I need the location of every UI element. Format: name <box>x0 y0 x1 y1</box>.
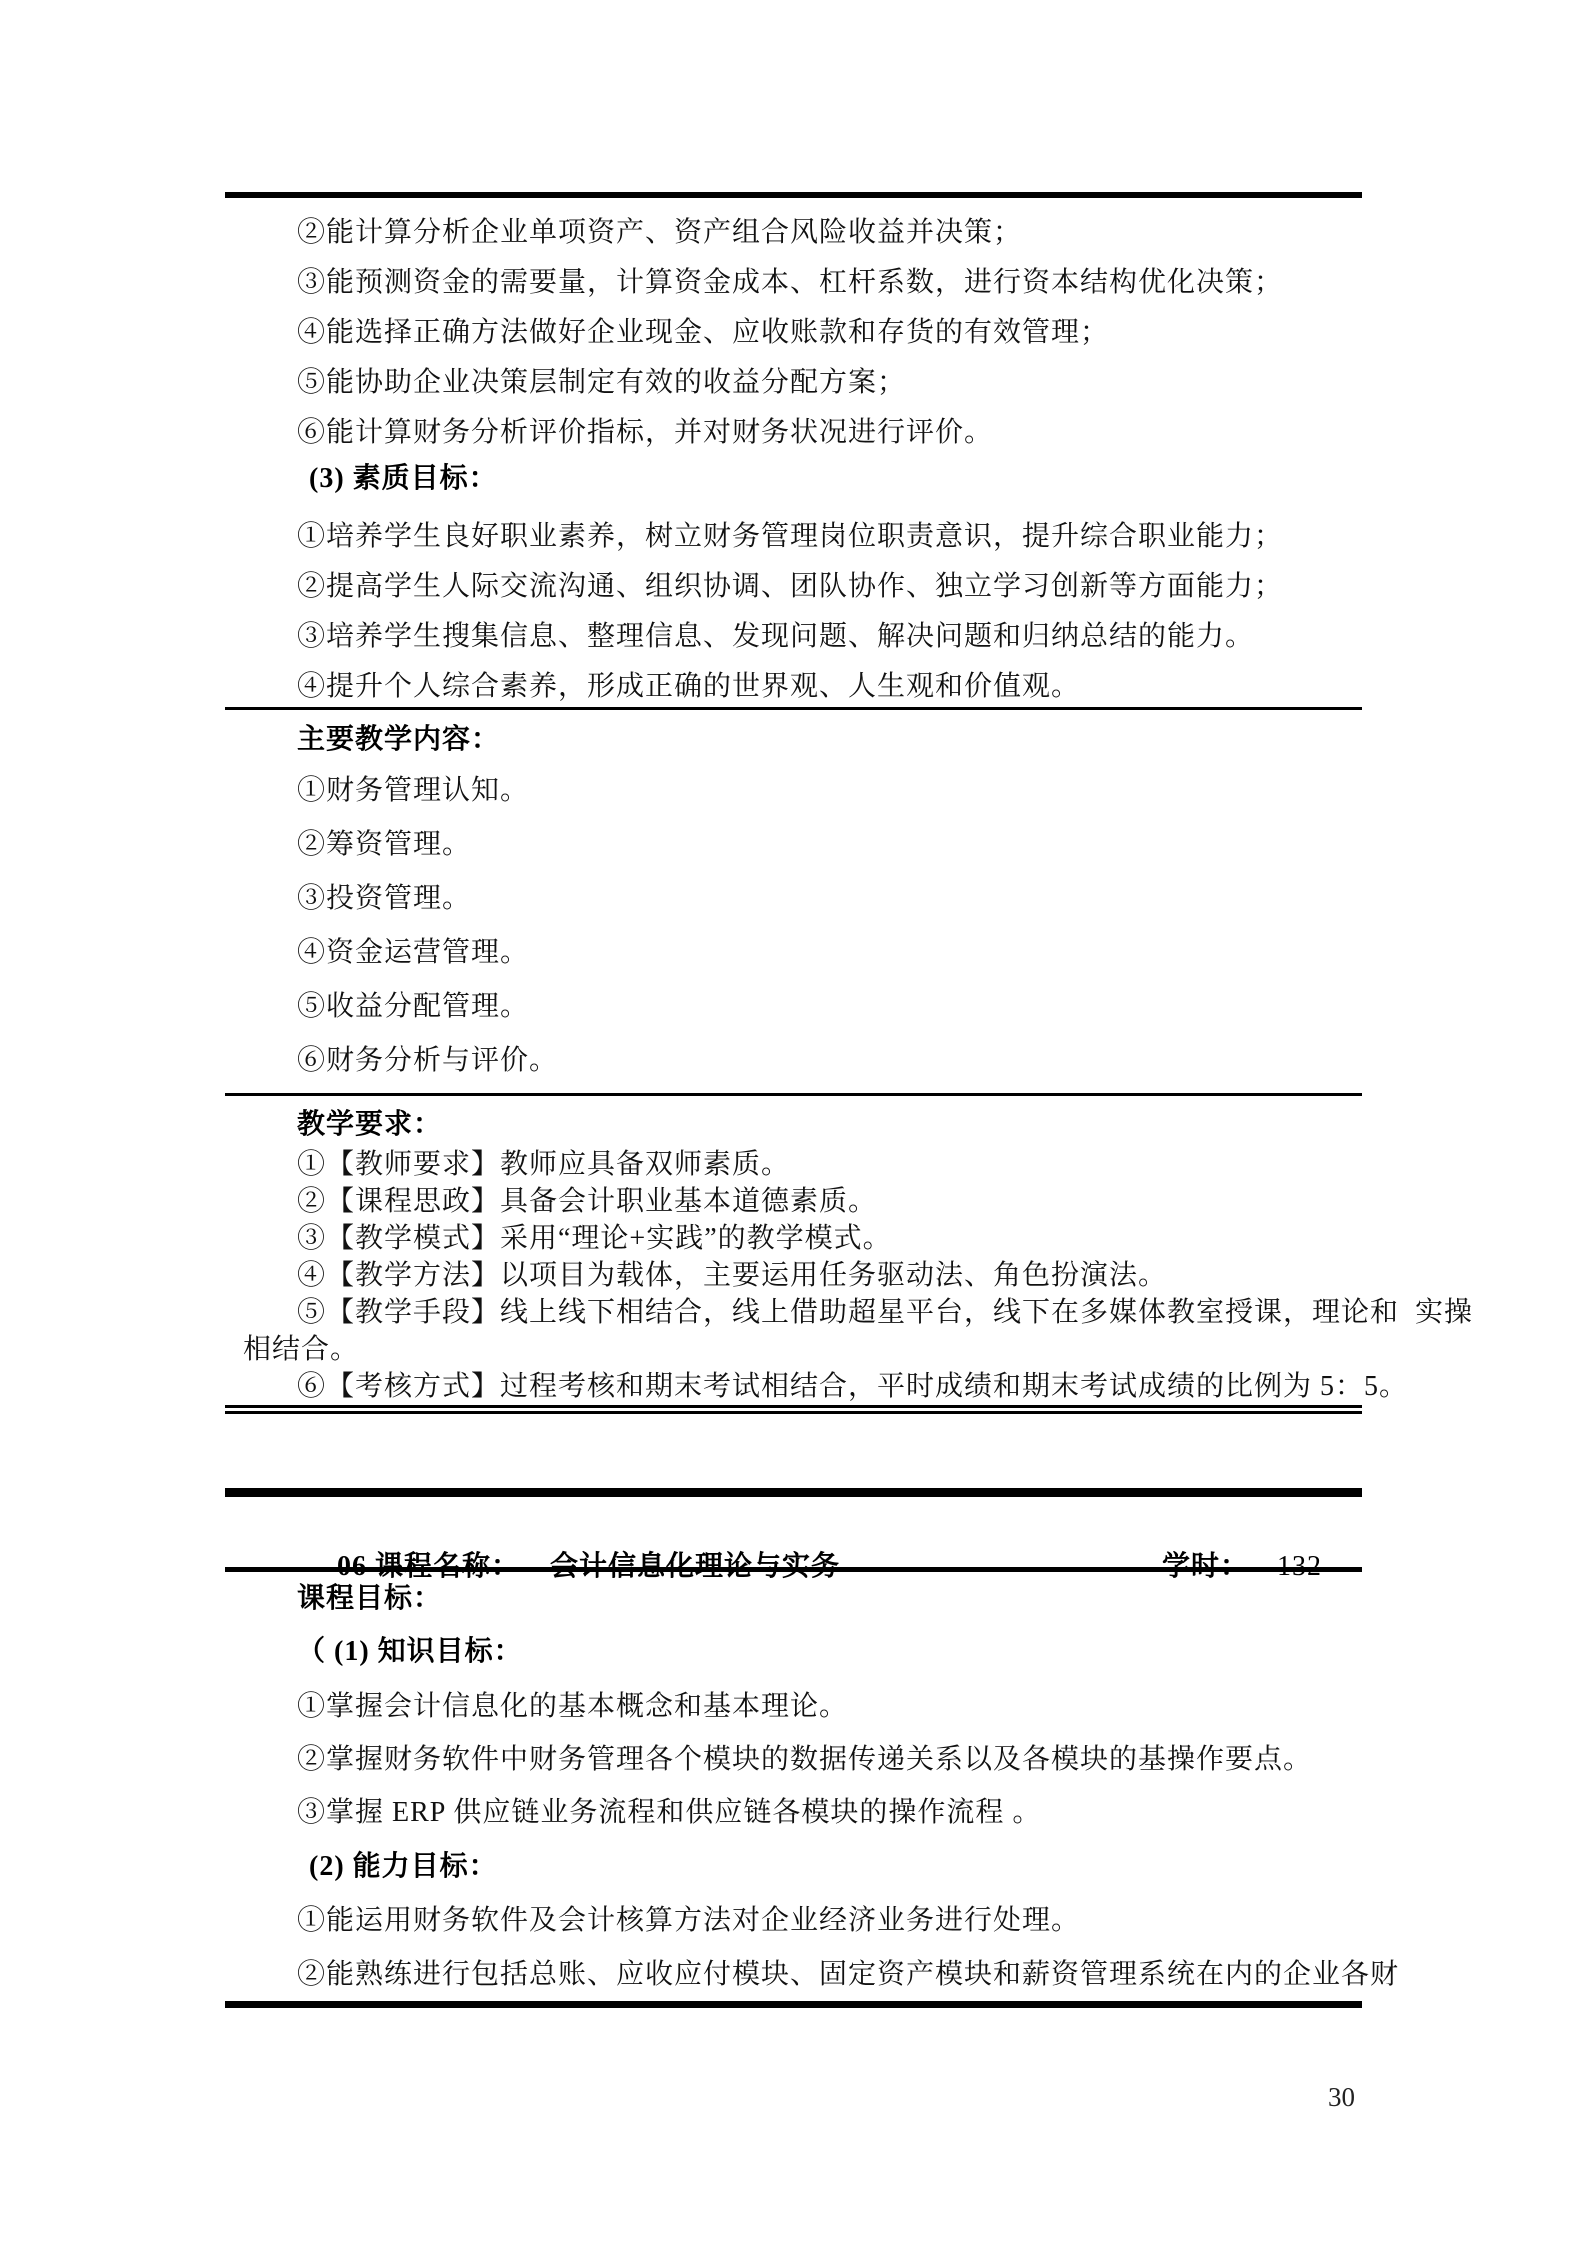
ability-goals-heading: (2) 能力目标： <box>225 1839 1362 1894</box>
course-goals-heading: 课程目标： <box>225 1574 1362 1624</box>
goal-line: ②掌握财务软件中财务管理各个模块的数据传递关系以及各模块的基操作要点。 <box>225 1733 1362 1786</box>
goal-line: ①培养学生良好职业素养，树立财务管理岗位职责意识，提升综合职业能力； <box>225 512 1362 562</box>
goal-line: ①掌握会计信息化的基本概念和基本理论。 <box>225 1680 1362 1733</box>
requirement-item: ④【教学方法】以项目为载体，主要运用任务驱动法、角色扮演法。 <box>225 1257 1362 1294</box>
content-item: ⑥财务分析与评价。 <box>225 1034 1362 1088</box>
content-item: ⑤收益分配管理。 <box>225 980 1362 1034</box>
document-page: ②能计算分析企业单项资产、资产组合风险收益并决策； ③能预测资金的需要量，计算资… <box>0 0 1588 2245</box>
goal-line: ③能预测资金的需要量，计算资金成本、杠杆系数，进行资本结构优化决策； <box>225 258 1362 308</box>
requirement-item: ②【课程思政】具备会计职业基本道德素质。 <box>225 1183 1362 1220</box>
goal-line: ③培养学生搜集信息、整理信息、发现问题、解决问题和归纳总结的能力。 <box>225 612 1362 662</box>
section-teaching-requirements: 教学要求： ①【教师要求】教师应具备双师素质。 ②【课程思政】具备会计职业基本道… <box>225 1093 1362 1414</box>
goal-line: ⑥能计算财务分析评价指标，并对财务状况进行评价。 <box>225 408 1362 458</box>
goal-line: ②能计算分析企业单项资产、资产组合风险收益并决策； <box>225 208 1362 258</box>
knowledge-goals-heading: （ (1) 知识目标： <box>225 1624 1362 1680</box>
goal-line: ①能运用财务软件及会计核算方法对企业经济业务进行处理。 <box>225 1894 1362 1948</box>
requirement-item: ①【教师要求】教师应具备双师素质。 <box>225 1146 1362 1183</box>
goal-line: ④提升个人综合素养，形成正确的世界观、人生观和价值观。 <box>225 662 1362 712</box>
teaching-requirements-heading: 教学要求： <box>225 1104 1362 1146</box>
goal-line: ③掌握 ERP 供应链业务流程和供应链各模块的操作流程 。 <box>225 1786 1362 1839</box>
content-item: ④资金运营管理。 <box>225 926 1362 980</box>
requirement-item: ③【教学模式】采用“理论+实践”的教学模式。 <box>225 1220 1362 1257</box>
goal-line: ②提高学生人际交流沟通、组织协调、团队协作、独立学习创新等方面能力； <box>225 562 1362 612</box>
content-item: ③投资管理。 <box>225 872 1362 926</box>
course-header-row: 06 课程名称：会计信息化理论与实务 学时：132 <box>225 1488 1362 1572</box>
content-item: ②筹资管理。 <box>225 818 1362 872</box>
content-item: ①财务管理认知。 <box>225 764 1362 818</box>
section-goals-continued: ②能计算分析企业单项资产、资产组合风险收益并决策； ③能预测资金的需要量，计算资… <box>225 192 1362 712</box>
requirement-item: ⑥【考核方式】过程考核和期末考试相结合，平时成绩和期末考试成绩的比例为 5：5。 <box>225 1368 1362 1405</box>
quality-goals-heading: (3) 素质目标： <box>225 458 1362 500</box>
goal-line: ②能熟练进行包括总账、应收应付模块、固定资产模块和薪资管理系统在内的企业各财 <box>225 1948 1362 2001</box>
requirement-item-wrap: 相结合。 <box>225 1331 1362 1368</box>
page-number: 30 <box>1328 2082 1355 2112</box>
goal-line: ⑤能协助企业决策层制定有效的收益分配方案； <box>225 358 1362 408</box>
requirement-item: ⑤【教学手段】线上线下相结合，线上借助超星平台，线下在多媒体教室授课，理论和 实… <box>225 1294 1362 1331</box>
section-course-goals: 课程目标： （ (1) 知识目标： ①掌握会计信息化的基本概念和基本理论。 ②掌… <box>225 1572 1362 2008</box>
teaching-content-heading: 主要教学内容： <box>225 716 1362 764</box>
section-teaching-content: 主要教学内容： ①财务管理认知。 ②筹资管理。 ③投资管理。 ④资金运营管理。 … <box>225 707 1362 1088</box>
goal-line: ④能选择正确方法做好企业现金、应收账款和存货的有效管理； <box>225 308 1362 358</box>
